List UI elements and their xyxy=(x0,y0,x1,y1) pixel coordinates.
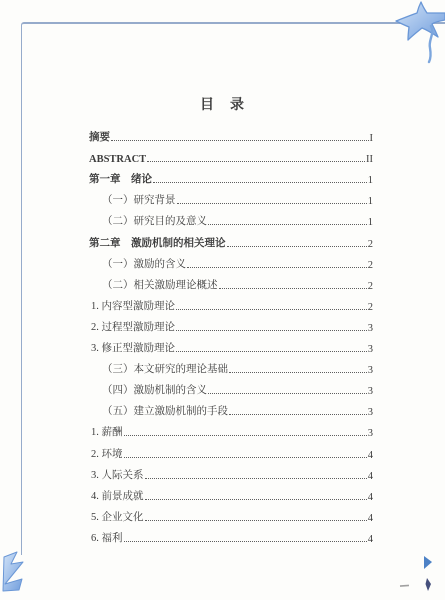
toc-row: ABSTRACT II xyxy=(89,147,373,168)
toc-entry-page: 2 xyxy=(368,302,373,313)
toc-entry-page: II xyxy=(366,154,373,165)
toc-entry-label: （二）研究目的及意义 xyxy=(102,213,207,228)
dotted-leader xyxy=(208,224,367,225)
toc-entry-page: 2 xyxy=(368,239,373,250)
dotted-leader xyxy=(176,351,367,352)
dotted-leader xyxy=(208,393,367,394)
toc-list: 摘要 I ABSTRACT II 第一章 绪论 1 （一）研究背景 1 （二）研… xyxy=(89,126,373,548)
toc-entry-page: 3 xyxy=(368,323,373,334)
toc-page: 目 录 摘要 I ABSTRACT II 第一章 绪论 1 （一）研究背景 1 … xyxy=(0,0,445,600)
toc-entry-page: I xyxy=(370,133,374,144)
toc-entry-label: 6. 福利 xyxy=(91,530,123,545)
toc-entry-page: 2 xyxy=(368,281,373,292)
toc-row: （五）建立激励机制的手段 3 xyxy=(89,400,373,421)
toc-entry-page: 4 xyxy=(368,492,373,503)
toc-row: 4. 前景成就 4 xyxy=(89,485,373,506)
toc-entry-page: 3 xyxy=(368,428,373,439)
toc-entry-label: （三）本文研究的理论基础 xyxy=(102,361,228,376)
toc-entry-label: 3. 修正型激励理论 xyxy=(91,340,175,355)
toc-row: 5. 企业文化 4 xyxy=(89,506,373,527)
dotted-leader xyxy=(219,288,367,289)
dotted-leader xyxy=(187,267,367,268)
toc-entry-page: 4 xyxy=(368,534,373,545)
toc-entry-page: 4 xyxy=(368,450,373,461)
dotted-leader xyxy=(124,435,367,436)
toc-entry-label: （二）相关激励理论概述 xyxy=(102,277,218,292)
toc-row: 1. 内容型激励理论 2 xyxy=(89,295,373,316)
dotted-leader xyxy=(176,330,367,331)
dotted-leader xyxy=(229,414,367,415)
dotted-leader xyxy=(145,499,367,500)
corner-fragments-icon xyxy=(398,554,445,596)
toc-entry-page: 1 xyxy=(368,175,373,186)
dotted-leader xyxy=(145,520,367,521)
toc-entry-page: 3 xyxy=(368,386,373,397)
toc-row: 第二章 激励机制的相关理论 2 xyxy=(89,231,373,252)
dotted-leader xyxy=(124,457,367,458)
toc-entry-page: 3 xyxy=(368,365,373,376)
toc-row: 3. 修正型激励理论 3 xyxy=(89,337,373,358)
toc-entry-label: （一）激励的含义 xyxy=(102,256,186,271)
star-icon xyxy=(395,0,445,66)
toc-entry-label: （五）建立激励机制的手段 xyxy=(102,403,228,418)
toc-row: （三）本文研究的理论基础 3 xyxy=(89,358,373,379)
toc-entry-label: 第二章 激励机制的相关理论 xyxy=(89,235,226,250)
toc-entry-label: 2. 环境 xyxy=(91,446,123,461)
dotted-leader xyxy=(229,372,367,373)
toc-row: （一）激励的含义 2 xyxy=(89,253,373,274)
dotted-leader xyxy=(124,541,367,542)
toc-entry-label: 5. 企业文化 xyxy=(91,509,144,524)
toc-entry-label: 1. 内容型激励理论 xyxy=(91,298,175,313)
toc-row: 3. 人际关系 4 xyxy=(89,464,373,485)
toc-entry-label: 摘要 xyxy=(89,129,110,144)
page-title: 目 录 xyxy=(0,94,445,114)
toc-entry-page: 3 xyxy=(368,344,373,355)
toc-row: （二）研究目的及意义 1 xyxy=(89,210,373,231)
toc-entry-label: （四）激励机制的含义 xyxy=(102,382,207,397)
toc-entry-page: 1 xyxy=(368,196,373,207)
dotted-leader xyxy=(176,309,367,310)
toc-row: 1. 薪酬 3 xyxy=(89,421,373,442)
toc-entry-label: 4. 前景成就 xyxy=(91,488,144,503)
toc-entry-label: 3. 人际关系 xyxy=(91,467,144,482)
toc-row: （二）相关激励理论概述 2 xyxy=(89,274,373,295)
toc-entry-page: 1 xyxy=(368,217,373,228)
toc-row: （一）研究背景 1 xyxy=(89,189,373,210)
dotted-leader xyxy=(111,140,369,141)
toc-entry-label: 2. 过程型激励理论 xyxy=(91,319,175,334)
toc-entry-label: 第一章 绪论 xyxy=(89,171,152,186)
toc-row: 第一章 绪论 1 xyxy=(89,168,373,189)
toc-row: 2. 过程型激励理论 3 xyxy=(89,316,373,337)
toc-row: 摘要 I xyxy=(89,126,373,147)
toc-entry-page: 3 xyxy=(368,407,373,418)
toc-row: 2. 环境 4 xyxy=(89,442,373,463)
toc-row: 6. 福利 4 xyxy=(89,527,373,548)
dotted-leader xyxy=(147,161,365,162)
toc-entry-page: 4 xyxy=(368,471,373,482)
toc-entry-label: （一）研究背景 xyxy=(102,192,176,207)
toc-entry-label: ABSTRACT xyxy=(89,154,146,165)
dotted-leader xyxy=(145,478,367,479)
dotted-leader xyxy=(177,203,367,204)
toc-entry-page: 4 xyxy=(368,513,373,524)
toc-entry-label: 1. 薪酬 xyxy=(91,424,123,439)
toc-entry-page: 2 xyxy=(368,260,373,271)
zigzag-star-fragment-icon xyxy=(1,551,28,594)
toc-row: （四）激励机制的含义 3 xyxy=(89,379,373,400)
dotted-leader xyxy=(153,182,367,183)
dotted-leader xyxy=(227,246,367,247)
